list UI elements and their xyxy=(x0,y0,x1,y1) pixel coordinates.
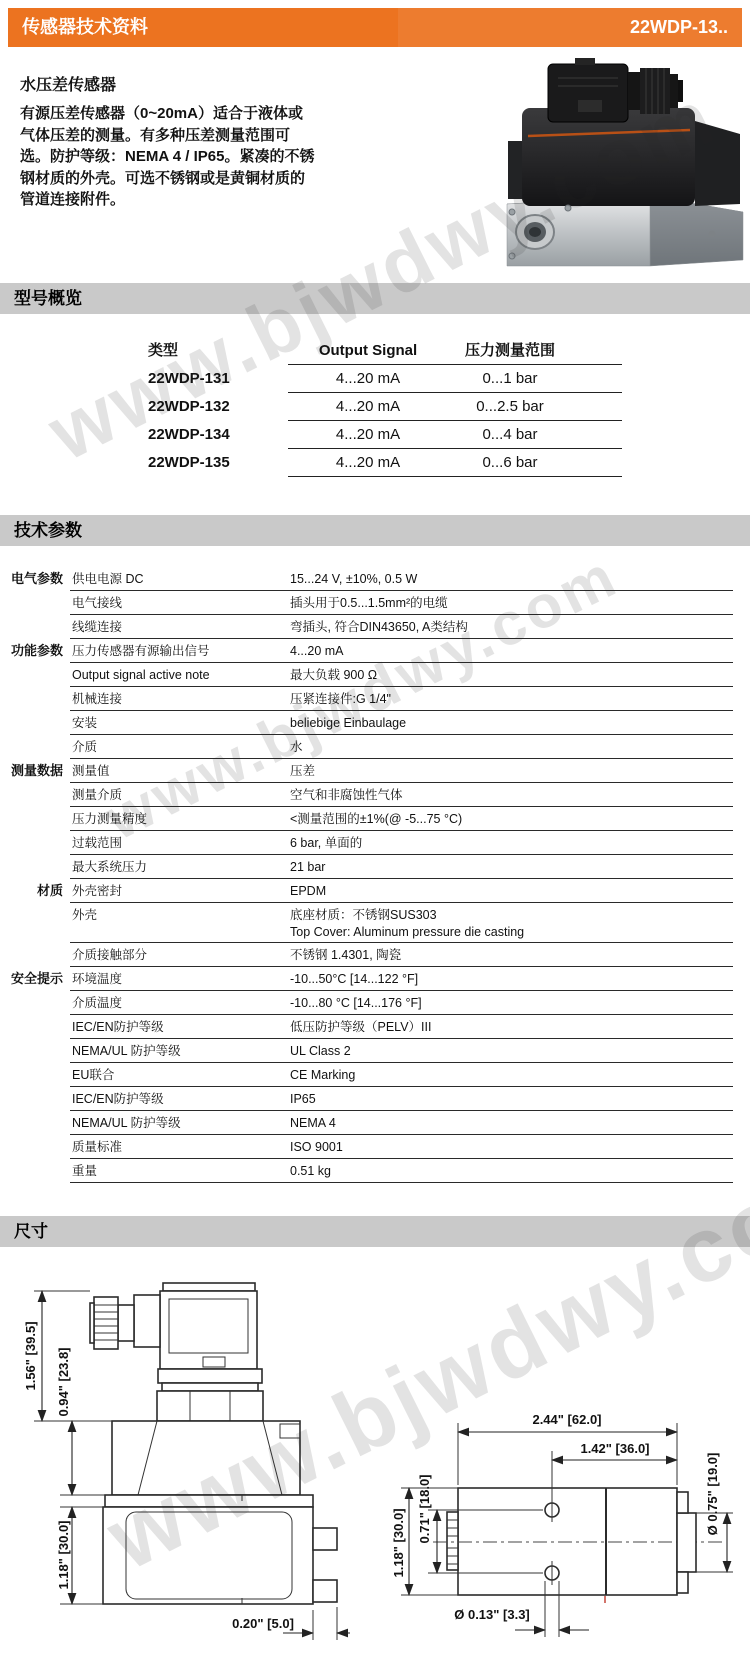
model-table-row: 22WDP-131 4...20 mA 0...1 bar xyxy=(0,365,750,393)
spec-property: 供电电源 DC xyxy=(72,567,286,591)
header-bar: 传感器技术资料 22WDP-13.. xyxy=(8,8,742,47)
page-title: 传感器技术资料 xyxy=(22,8,148,47)
spec-value: 弯插头, 符合DIN43650, A类结构 xyxy=(290,615,730,639)
model-pressure-range: 0...6 bar xyxy=(420,449,600,477)
spec-value: 压差 xyxy=(290,759,730,783)
col-header-type: 类型 xyxy=(148,337,286,365)
spec-row: IEC/EN防护等级 低压防护等级（PELV）III xyxy=(0,1015,750,1039)
section-title-models: 型号概览 xyxy=(14,283,82,314)
spec-property: Output signal active note xyxy=(72,663,286,687)
dim-label-hole-diameter: Ø 0.13" [3.3] xyxy=(454,1607,530,1622)
spec-row: 机械连接 压紧连接件:G 1/4" xyxy=(0,687,750,711)
spec-property: 压力传感器有源输出信号 xyxy=(72,639,286,663)
spec-value: UL Class 2 xyxy=(290,1039,730,1063)
spec-property: 过载范围 xyxy=(72,831,286,855)
spec-value: ISO 9001 xyxy=(290,1135,730,1159)
spec-property: 介质温度 xyxy=(72,991,286,1015)
spec-row: 测量数据 测量值 压差 xyxy=(0,759,750,783)
spec-property: 最大系统压力 xyxy=(72,855,286,879)
spec-row: 电气接线 插头用于0.5...1.5mm²的电缆 xyxy=(0,591,750,615)
spec-category: 安全提示 xyxy=(0,967,63,991)
model-type: 22WDP-131 xyxy=(148,365,286,393)
col-header-range: 压力测量范围 xyxy=(420,337,600,365)
section-bar-specs: 技术参数 xyxy=(0,515,750,546)
spec-row: 质量标准 ISO 9001 xyxy=(0,1135,750,1159)
spec-value: beliebige Einbaulage xyxy=(290,711,730,735)
spec-row: 电气参数 供电电源 DC 15...24 V, ±10%, 0.5 W xyxy=(0,567,750,591)
spec-row: 安全提示 环境温度 -10...50°C [14...122 °F] xyxy=(0,967,750,991)
spec-row: 过载范围 6 bar, 单面的 xyxy=(0,831,750,855)
product-description: 有源压差传感器（0~20mA）适合于液体或 气体压差的测量。有多种压差测量范围可… xyxy=(20,103,444,211)
product-photo xyxy=(450,56,750,268)
model-table-header: 类型 Output Signal 压力测量范围 xyxy=(0,337,750,365)
model-table: 类型 Output Signal 压力测量范围 22WDP-131 4...20… xyxy=(0,337,750,477)
spec-value: 底座材质：不锈钢SUS303 Top Cover: Aluminum press… xyxy=(290,903,730,941)
spec-property: IEC/EN防护等级 xyxy=(72,1087,286,1111)
spec-value: 水 xyxy=(290,735,730,759)
spec-row: NEMA/UL 防护等级 UL Class 2 xyxy=(0,1039,750,1063)
spec-value: 插头用于0.5...1.5mm²的电缆 xyxy=(290,591,730,615)
dim-label-base-height: 1.18" [30.0] xyxy=(56,1520,71,1589)
model-number: 22WDP-13.. xyxy=(630,8,728,47)
spec-value: 不锈钢 1.4301, 陶瓷 xyxy=(290,943,730,967)
spec-value: 低压防护等级（PELV）III xyxy=(290,1015,730,1039)
spec-value: 6 bar, 单面的 xyxy=(290,831,730,855)
product-title: 水压差传感器 xyxy=(20,72,116,95)
dim-label-total-width: 2.44" [62.0] xyxy=(532,1412,601,1427)
dimension-drawing-side-view: 1.56" [39.5] 0.94" [23.8] 1.18" [30.0] 0… xyxy=(20,1265,350,1665)
dimension-drawing-top-view: 2.44" [62.0] 1.42" [36.0] 0.71" [18.0] 1… xyxy=(375,1285,750,1666)
spec-row: 介质接触部分 不锈钢 1.4301, 陶瓷 xyxy=(0,943,750,967)
spec-value: EPDM xyxy=(290,879,730,903)
section-title-specs: 技术参数 xyxy=(14,515,82,546)
model-pressure-range: 0...2.5 bar xyxy=(420,393,600,421)
spec-property: 质量标准 xyxy=(72,1135,286,1159)
spec-property: 线缆连接 xyxy=(72,615,286,639)
spec-value: 21 bar xyxy=(290,855,730,879)
spec-property: 机械连接 xyxy=(72,687,286,711)
spec-row: 材质 外壳密封 EPDM xyxy=(0,879,750,903)
spec-property: 环境温度 xyxy=(72,967,286,991)
section-bar-dimensions: 尺寸 xyxy=(0,1216,750,1247)
model-pressure-range: 0...1 bar xyxy=(420,365,600,393)
spec-row: NEMA/UL 防护等级 NEMA 4 xyxy=(0,1111,750,1135)
spec-property: NEMA/UL 防护等级 xyxy=(72,1111,286,1135)
spec-property: 压力测量精度 xyxy=(72,807,286,831)
spec-row: 线缆连接 弯插头, 符合DIN43650, A类结构 xyxy=(0,615,750,639)
spec-value: 压紧连接件:G 1/4" xyxy=(290,687,730,711)
model-table-row: 22WDP-134 4...20 mA 0...4 bar xyxy=(0,421,750,449)
spec-property: 电气接线 xyxy=(72,591,286,615)
spec-property: 测量介质 xyxy=(72,783,286,807)
spec-property: 安装 xyxy=(72,711,286,735)
spec-value: IP65 xyxy=(290,1087,730,1111)
spec-value: 最大负载 900 Ω xyxy=(290,663,730,687)
spec-property: 外壳密封 xyxy=(72,879,286,903)
spec-property: 测量值 xyxy=(72,759,286,783)
datasheet-page: 传感器技术资料 22WDP-13.. www.bjwdwy.com www.bj… xyxy=(0,0,750,1666)
spec-value: 4...20 mA xyxy=(290,639,730,663)
dim-label-total-height: 1.56" [39.5] xyxy=(23,1321,38,1390)
model-type: 22WDP-134 xyxy=(148,421,286,449)
table-rule xyxy=(288,476,622,477)
spec-row: 介质 水 xyxy=(0,735,750,759)
dim-label-body-height: 0.94" [23.8] xyxy=(56,1347,71,1416)
dim-label-hole-offset: 1.42" [36.0] xyxy=(580,1441,649,1456)
spec-category: 功能参数 xyxy=(0,639,63,663)
spec-row: 外壳 底座材质：不锈钢SUS303 Top Cover: Aluminum pr… xyxy=(0,903,750,943)
model-type: 22WDP-135 xyxy=(148,449,286,477)
spec-property: EU联合 xyxy=(72,1063,286,1087)
spec-property: 介质接触部分 xyxy=(72,943,286,967)
spec-row: EU联合 CE Marking xyxy=(0,1063,750,1087)
model-table-row: 22WDP-135 4...20 mA 0...6 bar xyxy=(0,449,750,477)
spec-value: NEMA 4 xyxy=(290,1111,730,1135)
dim-label-base-width: 1.18" [30.0] xyxy=(391,1508,406,1577)
spec-property: NEMA/UL 防护等级 xyxy=(72,1039,286,1063)
spec-property: 外壳 xyxy=(72,903,286,924)
spec-value: 0.51 kg xyxy=(290,1159,730,1183)
spec-row: 功能参数 压力传感器有源输出信号 4...20 mA xyxy=(0,639,750,663)
section-title-dimensions: 尺寸 xyxy=(14,1216,48,1247)
spec-category: 测量数据 xyxy=(0,759,63,783)
spec-value: -10...80 °C [14...176 °F] xyxy=(290,991,730,1015)
spec-value: <测量范围的±1%(@ -5...75 °C) xyxy=(290,807,730,831)
spec-property: 介质 xyxy=(72,735,286,759)
dim-label-hole-spacing: 0.71" [18.0] xyxy=(417,1474,432,1543)
model-type: 22WDP-132 xyxy=(148,393,286,421)
spec-row: 最大系统压力 21 bar xyxy=(0,855,750,879)
spec-value: -10...50°C [14...122 °F] xyxy=(290,967,730,991)
spec-row: 介质温度 -10...80 °C [14...176 °F] xyxy=(0,991,750,1015)
spec-property: 重量 xyxy=(72,1159,286,1183)
model-pressure-range: 0...4 bar xyxy=(420,421,600,449)
spec-row: 测量介质 空气和非腐蚀性气体 xyxy=(0,783,750,807)
section-bar-models: 型号概览 xyxy=(0,283,750,314)
spec-row: 压力测量精度 <测量范围的±1%(@ -5...75 °C) xyxy=(0,807,750,831)
spec-value: 15...24 V, ±10%, 0.5 W xyxy=(290,567,730,591)
spec-row: 重量 0.51 kg xyxy=(0,1159,750,1183)
spec-property: IEC/EN防护等级 xyxy=(72,1015,286,1039)
spec-category: 电气参数 xyxy=(0,567,63,591)
spec-value: 空气和非腐蚀性气体 xyxy=(290,783,730,807)
spec-row: 安装 beliebige Einbaulage xyxy=(0,711,750,735)
spec-category: 材质 xyxy=(0,879,63,903)
spec-row: Output signal active note 最大负载 900 Ω xyxy=(0,663,750,687)
spec-table: 电气参数 供电电源 DC 15...24 V, ±10%, 0.5 W 电气接线… xyxy=(0,567,750,1183)
dim-label-tab-depth: 0.20" [5.0] xyxy=(232,1616,294,1631)
dim-label-cylinder-diameter: Ø 0.75" [19.0] xyxy=(705,1453,720,1536)
spec-row: IEC/EN防护等级 IP65 xyxy=(0,1087,750,1111)
model-table-row: 22WDP-132 4...20 mA 0...2.5 bar xyxy=(0,393,750,421)
spec-value: CE Marking xyxy=(290,1063,730,1087)
